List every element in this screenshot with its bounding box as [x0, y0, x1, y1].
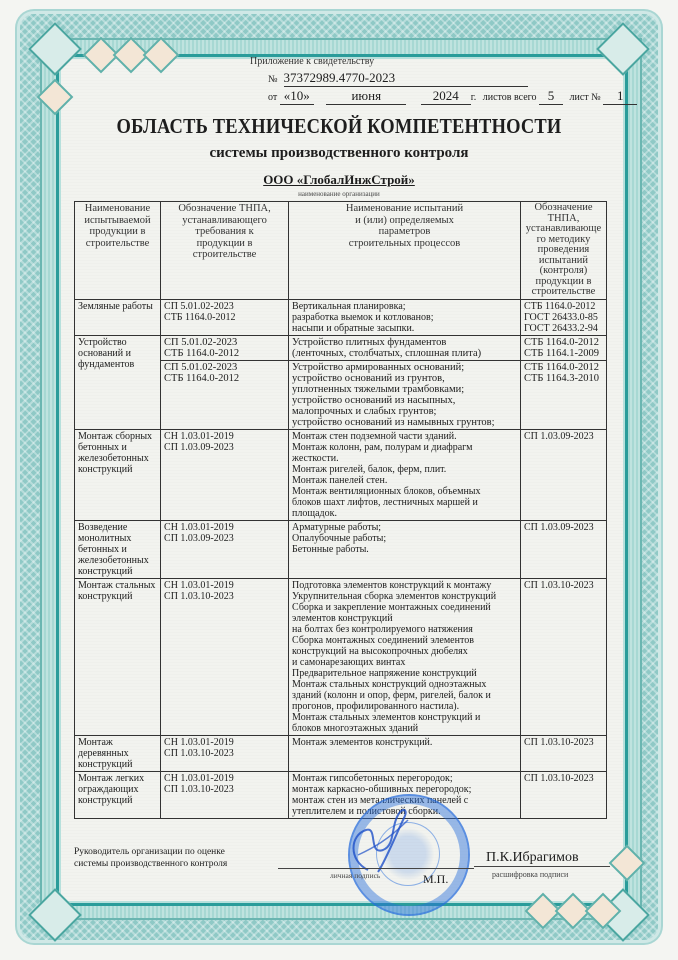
- header-tests: Наименование испытанийи (или) определяем…: [289, 202, 521, 300]
- text-line: устройство оснований из насыпных,: [292, 395, 517, 406]
- text-line: монолитных: [78, 533, 157, 544]
- product-cell: Монтаж стальныхконструкций: [75, 578, 161, 735]
- text-line: продукции в: [78, 226, 157, 238]
- text-line: СН 1.03.01-2019: [164, 773, 285, 784]
- text-line: конструкций: [78, 566, 157, 577]
- text-line: Монтаж вентиляционных блоков, объемных: [292, 486, 517, 497]
- text-line: устройство оснований из грунтов,: [292, 373, 517, 384]
- sheets-total: 5: [539, 88, 563, 105]
- text-line: ограждающих: [78, 784, 157, 795]
- text-line: СН 1.03.01-2019: [164, 737, 285, 748]
- number-value: 37372989.4770-2023: [284, 70, 528, 87]
- text-line: Устройство плитных фундаментов: [292, 337, 517, 348]
- header-methods: ОбозначениеТНПА,устанавливающего методик…: [520, 202, 606, 300]
- text-line: Укрупнительная сборка элементов конструк…: [292, 591, 517, 602]
- number-label: №: [268, 74, 278, 85]
- text-line: строительных процессов: [292, 238, 517, 250]
- competence-scope-table: Наименованиеиспытываемойпродукции встрои…: [74, 201, 607, 819]
- table-row: Монтаж сборныхбетонных ижелезобетонныхко…: [75, 429, 607, 520]
- text-line: строительстве: [78, 238, 157, 250]
- text-line: СТБ 1164.0-2012: [164, 373, 285, 384]
- signatory-name: П.К.Ибрагимов: [486, 850, 579, 866]
- signatory-role: Руководитель организации по оценке систе…: [74, 846, 227, 870]
- text-line: СТБ 1164.0-2012: [164, 312, 285, 323]
- product-cell: Монтаж легкихограждающихконструкций: [75, 771, 161, 818]
- text-line: проведения: [524, 245, 603, 256]
- text-line: конструкций: [78, 464, 157, 475]
- text-line: СТБ 1164.0-2012: [524, 301, 603, 312]
- year-suffix: г.: [471, 92, 476, 103]
- tests-cell: Подготовка элементов конструкций к монта…: [289, 578, 521, 735]
- text-line: Монтаж панелей стен.: [292, 475, 517, 486]
- text-line: устанавливающего: [164, 215, 285, 227]
- text-line: бетонных и: [78, 442, 157, 453]
- tests-cell: Устройство плитных фундаментов(ленточных…: [289, 335, 521, 360]
- seal-label: М.П.: [423, 872, 448, 887]
- table-row: Земляные работыСП 5.01.02-2023СТБ 1164.0…: [75, 299, 607, 335]
- text-line: Монтаж элементов конструкций.: [292, 737, 517, 748]
- text-line: Обозначение: [524, 203, 603, 214]
- text-line: Монтаж сборных: [78, 431, 157, 442]
- header-product: Наименованиеиспытываемойпродукции встрои…: [75, 202, 161, 300]
- table-row: Устройствооснований ифундаментовСП 5.01.…: [75, 335, 607, 360]
- tests-cell: Арматурные работы;Опалубочные работы;Бет…: [289, 520, 521, 578]
- requirements-cell: СН 1.03.01-2019СП 1.03.10-2023: [161, 578, 289, 735]
- text-line: продукции в: [164, 238, 285, 250]
- text-line: площадок.: [292, 508, 517, 519]
- text-line: СП 1.03.10-2023: [164, 748, 285, 759]
- text-line: устанавливающе: [524, 224, 603, 235]
- requirements-cell: СП 5.01.02-2023СТБ 1164.0-2012: [161, 335, 289, 360]
- text-line: устройство оснований из намывных грунтов…: [292, 417, 517, 428]
- requirements-cell: СП 5.01.02-2023СТБ 1164.0-2012: [161, 360, 289, 429]
- text-line: Опалубочные работы;: [292, 533, 517, 544]
- product-cell: Монтаждеревянныхконструкций: [75, 735, 161, 771]
- text-line: конструкций на высокопрочных дюбелях: [292, 646, 517, 657]
- text-line: Монтаж легких: [78, 773, 157, 784]
- organization-caption: наименование организации: [0, 190, 678, 198]
- text-line: Обозначение ТНПА,: [164, 203, 285, 215]
- requirements-cell: СН 1.03.01-2019СП 1.03.09-2023: [161, 429, 289, 520]
- tests-cell: Монтаж элементов конструкций.: [289, 735, 521, 771]
- text-line: и (или) определяемых: [292, 215, 517, 227]
- text-line: Устройство армированных оснований;: [292, 362, 517, 373]
- sheets-total-label: листов всего: [483, 92, 537, 103]
- text-line: СН 1.03.01-2019: [164, 522, 285, 533]
- signature-caption: личная подпись: [330, 871, 380, 880]
- text-line: СП 5.01.02-2023: [164, 362, 285, 373]
- sheet-no-label: лист №: [570, 92, 601, 103]
- page-title: ОБЛАСТЬ ТЕХНИЧЕСКОЙ КОМПЕТЕНТНОСТИ: [41, 114, 638, 139]
- document-content: Приложение к свидетельству №37372989.477…: [0, 0, 678, 960]
- text-line: СТБ 1164.3-2010: [524, 373, 603, 384]
- text-line: блоков шахт лифтов, лестничных маршей и: [292, 497, 517, 508]
- text-line: СТБ 1164.0-2012: [524, 337, 603, 348]
- text-line: Сборка и закрепление монтажных соединени…: [292, 602, 517, 613]
- text-line: СН 1.03.01-2019: [164, 431, 285, 442]
- text-line: ГОСТ 26433.2-94: [524, 323, 603, 334]
- text-line: (ленточных, столбчатых, сплошная плита): [292, 348, 517, 359]
- text-line: Сборка монтажных соединений элементов: [292, 635, 517, 646]
- methods-cell: СП 1.03.09-2023: [520, 429, 606, 520]
- text-line: зданий (колонн и опор, ферм, ригелей, ба…: [292, 690, 517, 701]
- text-line: на болтах без контролируемого натяжения: [292, 624, 517, 635]
- text-line: железобетонных: [78, 555, 157, 566]
- text-line: малопрочных и слабых грунтов;: [292, 406, 517, 417]
- text-line: СП 1.03.09-2023: [524, 522, 603, 533]
- table-row: МонтаждеревянныхконструкцийСН 1.03.01-20…: [75, 735, 607, 771]
- product-cell: Земляные работы: [75, 299, 161, 335]
- tests-cell: Монтаж стен подземной части зданий.Монта…: [289, 429, 521, 520]
- text-line: СП 1.03.10-2023: [164, 784, 285, 795]
- text-line: конструкций: [78, 759, 157, 770]
- text-line: насыпи и обратные засыпки.: [292, 323, 517, 334]
- text-line: монтаж каркасно-обшивных перегородок;: [292, 784, 517, 795]
- requirements-cell: СН 1.03.01-2019СП 1.03.09-2023: [161, 520, 289, 578]
- text-line: Предварительное напряжение конструкций: [292, 668, 517, 679]
- text-line: Наименование: [78, 203, 157, 215]
- text-line: СП 1.03.10-2023: [524, 773, 603, 784]
- tests-cell: Вертикальная планировка;разработка выемо…: [289, 299, 521, 335]
- text-line: СП 1.03.09-2023: [164, 442, 285, 453]
- sheet-no: 1: [603, 88, 637, 105]
- text-line: прогонов, профилированного настила).: [292, 701, 517, 712]
- text-line: Монтаж гипсобетонных перегородок;: [292, 773, 517, 784]
- text-line: Монтаж стальных элементов конструкций и: [292, 712, 517, 723]
- name-caption: расшифровка подписи: [492, 870, 568, 879]
- text-line: СП 1.03.09-2023: [164, 533, 285, 544]
- text-line: СП 1.03.10-2023: [164, 591, 285, 602]
- organization-name: ООО «ГлобалИнжСтрой»: [0, 172, 678, 188]
- text-line: СТБ 1164.0-2012: [164, 348, 285, 359]
- product-cell: Монтаж сборныхбетонных ижелезобетонныхко…: [75, 429, 161, 520]
- text-line: Монтаж стальных: [78, 580, 157, 591]
- text-line: Возведение: [78, 522, 157, 533]
- methods-cell: СП 1.03.10-2023: [520, 735, 606, 771]
- methods-cell: СП 1.03.09-2023: [520, 520, 606, 578]
- header-requirements: Обозначение ТНПА,устанавливающеготребова…: [161, 202, 289, 300]
- text-line: жесткости.: [292, 453, 517, 464]
- text-line: Устройство: [78, 337, 157, 348]
- text-line: ГОСТ 26433.0-85: [524, 312, 603, 323]
- text-line: испытываемой: [78, 215, 157, 227]
- requirements-cell: СП 5.01.02-2023СТБ 1164.0-2012: [161, 299, 289, 335]
- methods-cell: СТБ 1164.0-2012СТБ 1164.3-2010: [520, 360, 606, 429]
- text-line: уплотненных тяжелыми трамбовками;: [292, 384, 517, 395]
- text-line: СП 1.03.10-2023: [524, 737, 603, 748]
- text-line: железобетонных: [78, 453, 157, 464]
- text-line: Наименование испытаний: [292, 203, 517, 215]
- text-line: Монтаж: [78, 737, 157, 748]
- appendix-label: Приложение к свидетельству: [250, 56, 374, 67]
- text-line: строительстве: [524, 287, 603, 298]
- text-line: параметров: [292, 226, 517, 238]
- table-header-row: Наименованиеиспытываемойпродукции встрои…: [75, 202, 607, 300]
- issue-date-row: от «10» июня 2024г. листов всего 5 лист …: [268, 88, 637, 105]
- text-line: СТБ 1164.1-2009: [524, 348, 603, 359]
- table-row: Возведениемонолитныхбетонных ижелезобето…: [75, 520, 607, 578]
- certificate-number: №37372989.4770-2023: [268, 70, 528, 87]
- table-row: Монтаж стальныхконструкцийСН 1.03.01-201…: [75, 578, 607, 735]
- role-line-2: системы производственного контроля: [74, 858, 227, 870]
- text-line: (контроля): [524, 266, 603, 277]
- text-line: Монтаж ригелей, балок, ферм, плит.: [292, 464, 517, 475]
- product-cell: Возведениемонолитныхбетонных ижелезобето…: [75, 520, 161, 578]
- text-line: фундаментов: [78, 359, 157, 370]
- text-line: строительстве: [164, 249, 285, 261]
- text-line: Земляные работы: [78, 301, 157, 312]
- signature-line: [278, 868, 474, 869]
- text-line: Бетонные работы.: [292, 544, 517, 555]
- methods-cell: СТБ 1164.0-2012СТБ 1164.1-2009: [520, 335, 606, 360]
- text-line: СП 1.03.09-2023: [524, 431, 603, 442]
- page-subtitle: системы производственного контроля: [0, 145, 678, 162]
- date-month: июня: [326, 88, 406, 105]
- text-line: бетонных и: [78, 544, 157, 555]
- methods-cell: СП 1.03.10-2023: [520, 771, 606, 818]
- text-line: деревянных: [78, 748, 157, 759]
- text-line: СП 1.03.10-2023: [524, 580, 603, 591]
- methods-cell: СТБ 1164.0-2012ГОСТ 26433.0-85ГОСТ 26433…: [520, 299, 606, 335]
- text-line: Арматурные работы;: [292, 522, 517, 533]
- text-line: оснований и: [78, 348, 157, 359]
- text-line: СН 1.03.01-2019: [164, 580, 285, 591]
- text-line: и самонарезающих винтах: [292, 657, 517, 668]
- text-line: СП 5.01.02-2023: [164, 301, 285, 312]
- text-line: разработка выемок и котлованов;: [292, 312, 517, 323]
- requirements-cell: СН 1.03.01-2019СП 1.03.10-2023: [161, 735, 289, 771]
- date-day: «10»: [280, 88, 314, 105]
- text-line: Монтаж колонн, рам, полурам и диафрагм: [292, 442, 517, 453]
- text-line: конструкций: [78, 591, 157, 602]
- text-line: Подготовка элементов конструкций к монта…: [292, 580, 517, 591]
- tests-cell: Устройство армированных оснований;устрой…: [289, 360, 521, 429]
- name-line: [474, 866, 610, 867]
- text-line: СП 5.01.02-2023: [164, 337, 285, 348]
- role-line-1: Руководитель организации по оценке: [74, 846, 227, 858]
- text-line: Вертикальная планировка;: [292, 301, 517, 312]
- methods-cell: СП 1.03.10-2023: [520, 578, 606, 735]
- text-line: СТБ 1164.0-2012: [524, 362, 603, 373]
- text-line: элементов конструкций: [292, 613, 517, 624]
- text-line: требования к: [164, 226, 285, 238]
- date-from-label: от: [268, 92, 277, 103]
- date-year: 2024: [421, 88, 471, 105]
- product-cell: Устройствооснований ифундаментов: [75, 335, 161, 429]
- text-line: блоков многоэтажных зданий: [292, 723, 517, 734]
- requirements-cell: СН 1.03.01-2019СП 1.03.10-2023: [161, 771, 289, 818]
- text-line: конструкций: [78, 795, 157, 806]
- text-line: Монтаж стальных конструкций одноэтажных: [292, 679, 517, 690]
- text-line: Монтаж стен подземной части зданий.: [292, 431, 517, 442]
